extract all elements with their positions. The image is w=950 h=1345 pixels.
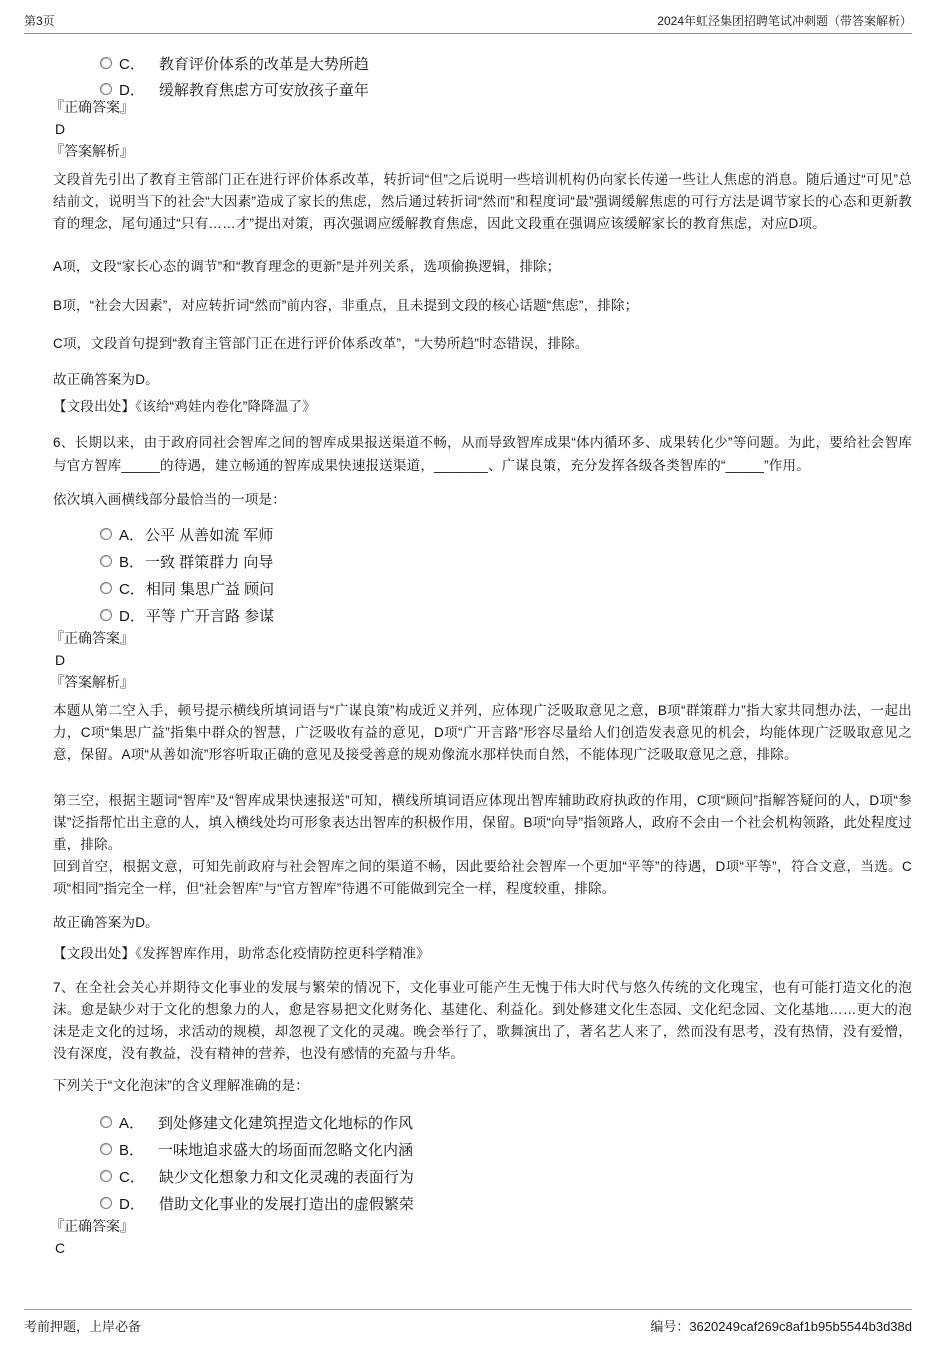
radio-button[interactable] bbox=[100, 528, 112, 540]
page-footer: 考前押题，上岸必备 编号：3620249caf269c8af1b95b5544b… bbox=[24, 1309, 912, 1335]
source-reference: 【文段出处】《发挥智库作用，助常态化疫情防控更科学精准》 bbox=[53, 943, 912, 965]
page-number: 第3页 bbox=[24, 12, 55, 29]
option-letter: B． bbox=[119, 551, 144, 572]
correct-answer-label: 『正确答案』 bbox=[50, 97, 134, 117]
option-text: 到处修建文化建筑捏造文化地标的作风 bbox=[158, 1112, 413, 1133]
analysis-paragraph: C项，文段首句提到“教育主管部门正在进行评价体系改革”，“大势所趋”时态错误，排… bbox=[53, 333, 912, 355]
option-row: D． 平等 广开言路 参谋 bbox=[100, 602, 274, 628]
document-page: 第3页 2024年虹泾集团招聘笔试冲刺题（带答案解析） C． 教育评价体系的改革… bbox=[0, 0, 950, 1345]
option-text: 相同 集思广益 顾问 bbox=[146, 578, 274, 599]
serial-label: 编号： bbox=[650, 1319, 689, 1334]
option-letter: C． bbox=[119, 578, 145, 599]
option-letter: A． bbox=[119, 524, 144, 545]
option-text: 缺少文化想象力和文化灵魂的表面行为 bbox=[159, 1166, 414, 1187]
footer-slogan: 考前押题，上岸必备 bbox=[24, 1316, 141, 1335]
question-stem: 6、长期以来，由于政府同社会智库之间的智库成果报送渠道不畅，从而导致智库成果“体… bbox=[53, 431, 912, 477]
option-letter: A． bbox=[119, 1112, 144, 1133]
radio-button[interactable] bbox=[100, 1143, 112, 1155]
radio-button[interactable] bbox=[100, 57, 112, 69]
analysis-paragraph: 本题从第二空入手，顿号提示横线所填词语与“广谋良策”构成近义并列，应体现广泛吸取… bbox=[53, 700, 912, 766]
option-letter: D． bbox=[119, 605, 145, 626]
option-row: C． 相同 集思广益 顾问 bbox=[100, 575, 274, 601]
option-text: 公平 从善如流 军师 bbox=[145, 524, 273, 545]
option-row: B． 一致 群策群力 向导 bbox=[100, 548, 273, 574]
option-letter: B． bbox=[119, 1139, 144, 1160]
analysis-paragraph: B项，“社会大因素”，对应转折词“然而”前内容，非重点，且未提到文段的核心话题“… bbox=[53, 295, 912, 317]
answer-letter: D bbox=[55, 651, 65, 669]
answer-letter: C bbox=[55, 1239, 65, 1257]
analysis-label: 『答案解析』 bbox=[50, 141, 134, 161]
option-letter: C． bbox=[119, 1166, 145, 1187]
option-text: 一味地追求盛大的场面而忽略文化内涵 bbox=[158, 1139, 413, 1160]
question-stem: 7、在全社会关心并期待文化事业的发展与繁荣的情况下，文化事业可能产生无愧于伟大时… bbox=[53, 977, 912, 1065]
analysis-paragraph: A项，文段“家长心态的调节”和“教育理念的更新”是并列关系，选项偷换逻辑，排除； bbox=[53, 256, 912, 278]
source-reference: 【文段出处】《该给“鸡娃内卷化”降降温了》 bbox=[53, 396, 912, 418]
option-letter: C． bbox=[119, 53, 145, 74]
option-row: C． 教育评价体系的改革是大势所趋 bbox=[100, 50, 369, 76]
option-row: C． 缺少文化想象力和文化灵魂的表面行为 bbox=[100, 1163, 414, 1189]
option-text: 一致 群策群力 向导 bbox=[145, 551, 273, 572]
analysis-paragraph: 回到首空，根据文意，可知先前政府与社会智库之间的渠道不畅，因此要给社会智库一个更… bbox=[53, 856, 912, 900]
option-letter: D． bbox=[119, 1193, 145, 1214]
option-text: 缓解教育焦虑方可安放孩子童年 bbox=[159, 79, 369, 100]
radio-button[interactable] bbox=[100, 83, 112, 95]
question-prompt: 下列关于“文化泡沫”的含义理解准确的是： bbox=[53, 1075, 912, 1097]
conclusion-text: 故正确答案为D。 bbox=[53, 369, 912, 391]
answer-letter: D bbox=[55, 120, 65, 138]
option-text: 平等 广开言路 参谋 bbox=[146, 605, 274, 626]
radio-button[interactable] bbox=[100, 1116, 112, 1128]
correct-answer-label: 『正确答案』 bbox=[50, 628, 134, 648]
option-text: 借助文化事业的发展打造出的虚假繁荣 bbox=[159, 1193, 414, 1214]
footer-serial: 编号：3620249caf269c8af1b95b5544b3d38d bbox=[650, 1316, 912, 1335]
radio-button[interactable] bbox=[100, 582, 112, 594]
radio-button[interactable] bbox=[100, 1197, 112, 1209]
option-text: 教育评价体系的改革是大势所趋 bbox=[159, 53, 369, 74]
document-title: 2024年虹泾集团招聘笔试冲刺题（带答案解析） bbox=[657, 12, 912, 29]
radio-button[interactable] bbox=[100, 1170, 112, 1182]
analysis-paragraph: 第三空，根据主题词“智库”及“智库成果快速报送”可知，横线所填词语应体现出智库辅… bbox=[53, 790, 912, 856]
serial-number: 3620249caf269c8af1b95b5544b3d38d bbox=[689, 1319, 912, 1334]
radio-button[interactable] bbox=[100, 609, 112, 621]
question-prompt: 依次填入画横线部分最恰当的一项是： bbox=[53, 489, 912, 511]
analysis-label: 『答案解析』 bbox=[50, 672, 134, 692]
option-row: D． 缓解教育焦虑方可安放孩子童年 bbox=[100, 76, 369, 102]
conclusion-text: 故正确答案为D。 bbox=[53, 912, 912, 934]
option-row: A． 公平 从善如流 军师 bbox=[100, 521, 273, 547]
option-row: B． 一味地追求盛大的场面而忽略文化内涵 bbox=[100, 1136, 413, 1162]
option-row: D． 借助文化事业的发展打造出的虚假繁荣 bbox=[100, 1190, 414, 1216]
page-header: 第3页 2024年虹泾集团招聘笔试冲刺题（带答案解析） bbox=[24, 12, 912, 34]
radio-button[interactable] bbox=[100, 555, 112, 567]
correct-answer-label: 『正确答案』 bbox=[50, 1216, 134, 1236]
option-row: A． 到处修建文化建筑捏造文化地标的作风 bbox=[100, 1109, 413, 1135]
analysis-paragraph: 文段首先引出了教育主管部门正在进行评价体系改革，转折词“但”之后说明一些培训机构… bbox=[53, 169, 912, 235]
